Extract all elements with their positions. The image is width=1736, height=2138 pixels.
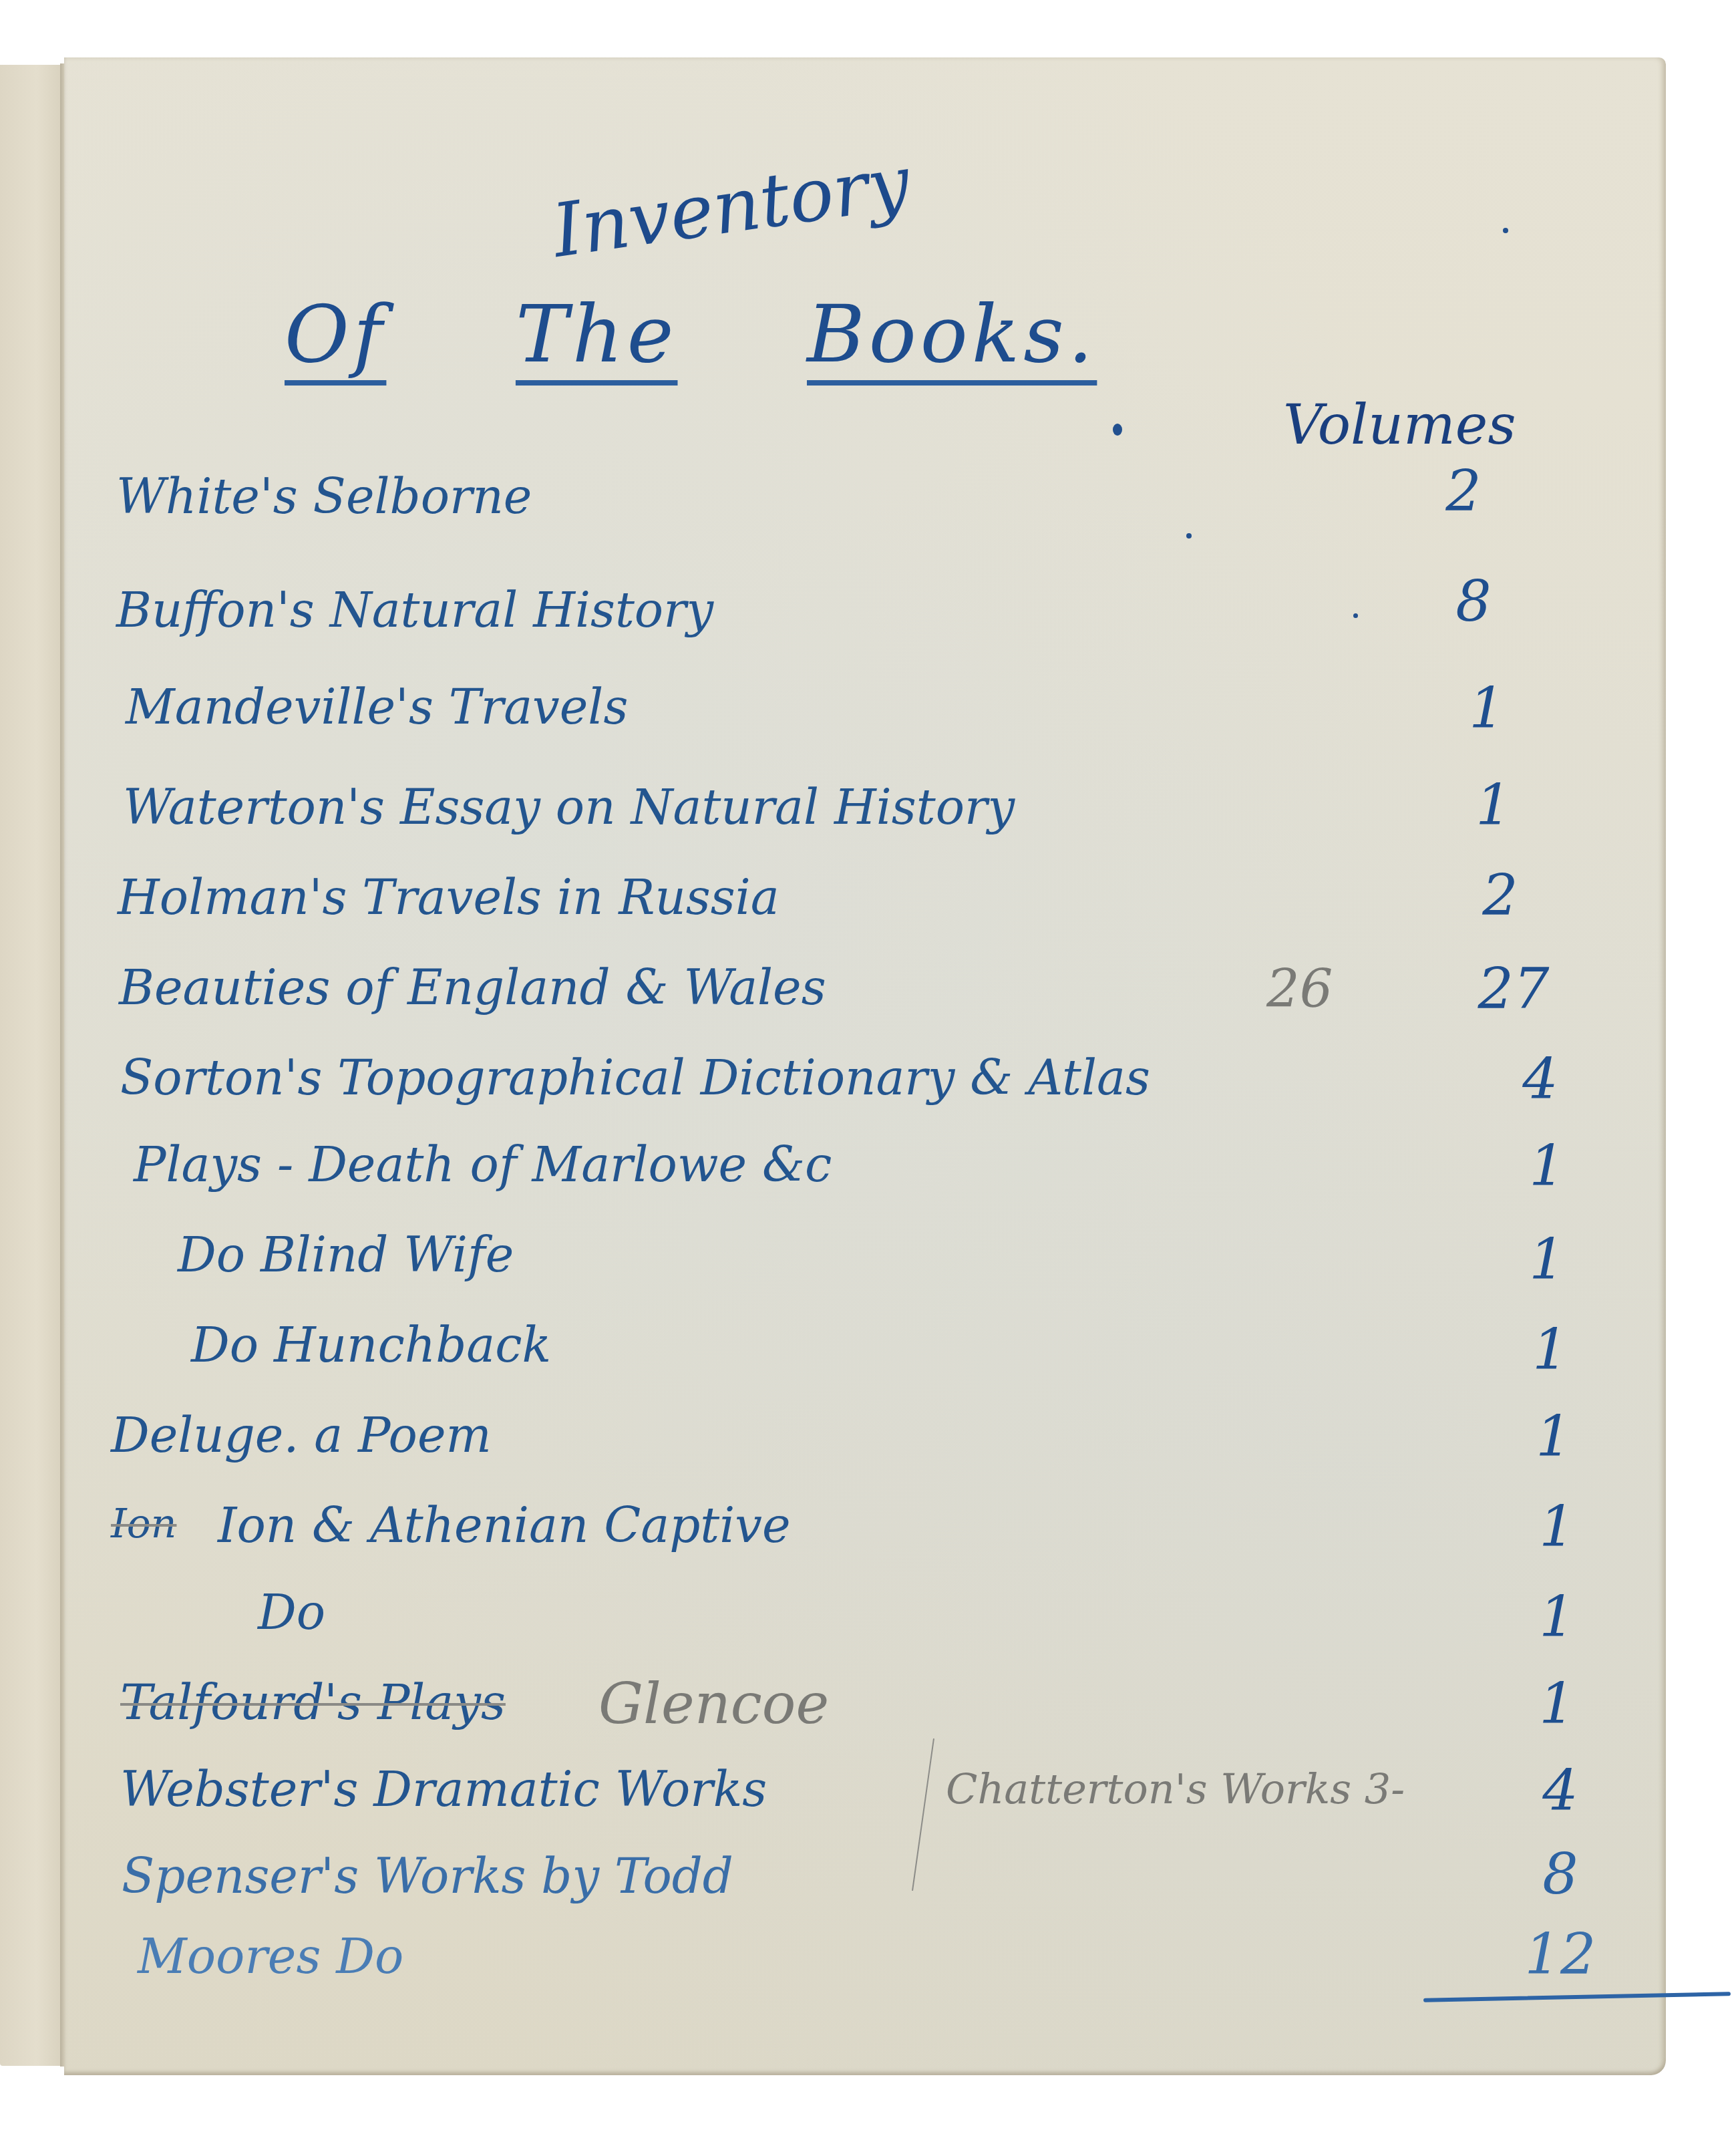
entry-title: Holman's Travels in Russia: [118, 869, 779, 925]
entry-title: Ion & Athenian Captive: [218, 1497, 791, 1553]
ink-speck: [1503, 228, 1508, 233]
entry-volumes: 4: [1487, 1046, 1594, 1112]
entry-title: Beauties of England & Wales: [119, 959, 826, 1016]
entry-volumes: 2: [1447, 863, 1554, 928]
entry-volumes: 1: [1440, 772, 1547, 838]
entry-title: Plays - Death of Marlowe &c: [134, 1136, 832, 1193]
title-inventory: Inventory: [548, 145, 914, 268]
entry-title: Mandeville's Travels: [126, 679, 628, 735]
inventory-row: Do Blind Wife 1: [64, 1220, 1666, 1320]
entry-title: Buffon's Natural History: [116, 582, 713, 638]
entry-volumes: 2: [1410, 458, 1517, 524]
pencil-note: Chatterton's Works 3-: [946, 1765, 1405, 1813]
inventory-row: Moores Do 12: [64, 1922, 1666, 2022]
inventory-row: Holman's Travels in Russia 2: [64, 859, 1666, 959]
inventory-row: Mandeville's Travels 1: [64, 669, 1666, 769]
title-of-the-books: Of The Books.: [285, 295, 1197, 373]
ink-speck: [1353, 613, 1358, 618]
entry-title: Sorton's Topographical Dictionary & Atla…: [120, 1050, 1150, 1106]
entry-title: White's Selborne: [116, 468, 532, 524]
entry-title: Moores Do: [138, 1928, 403, 1984]
left-page-edge: [0, 65, 61, 2066]
entry-title: Webster's Dramatic Works: [120, 1761, 767, 1817]
inventory-row: Deluge. a Poem 1: [64, 1400, 1666, 1501]
entry-volumes: 1: [1504, 1584, 1610, 1650]
inventory-row: White's Selborne 2: [64, 455, 1666, 555]
entry-volumes: 12: [1507, 1922, 1614, 1987]
inventory-row: Sorton's Topographical Dictionary & Atla…: [64, 1040, 1666, 1140]
pencil-note: 26: [1266, 959, 1333, 1020]
entry-volumes: 1: [1500, 1404, 1607, 1469]
entry-title: Talfourd's Plays: [120, 1674, 506, 1730]
manuscript-page: Inventory Of The Books. Volumes White's …: [64, 57, 1666, 2075]
entry-volumes: 1: [1433, 675, 1540, 741]
entry-volumes: 8: [1507, 1841, 1614, 1907]
entry-title: Do Hunchback: [191, 1317, 551, 1373]
entry-volumes: 1: [1494, 1133, 1600, 1199]
volumes-column-header: Volumes: [1283, 398, 1516, 453]
pencil-note: Glencoe: [598, 1671, 829, 1736]
inventory-row: Talfourd's Plays Glencoe 1: [64, 1661, 1666, 1761]
entry-volumes: 1: [1494, 1227, 1600, 1292]
inventory-row: Buffon's Natural History 8: [64, 575, 1666, 675]
entry-volumes: 1: [1504, 1671, 1610, 1736]
title-word-the: The: [516, 295, 678, 373]
inventory-row: Beauties of England & Wales 26 27: [64, 949, 1666, 1050]
struck-prefix: Ion: [111, 1501, 176, 1547]
entry-title: Waterton's Essay on Natural History: [123, 779, 1015, 835]
title-word-books: Books.: [807, 295, 1097, 373]
entry-title: Do Blind Wife: [178, 1227, 514, 1283]
entry-volumes: 27: [1460, 956, 1567, 1022]
entry-volumes: 8: [1420, 569, 1527, 634]
inventory-row: Plays - Death of Marlowe &c 1: [64, 1126, 1666, 1227]
inventory-row: Do 1: [64, 1574, 1666, 1674]
entry-volumes: 1: [1497, 1317, 1604, 1382]
entry-title: Deluge. a Poem: [111, 1407, 492, 1463]
inventory-row: Do Hunchback 1: [64, 1310, 1666, 1410]
title-word-of: Of: [285, 295, 386, 373]
entry-volumes: 1: [1504, 1494, 1610, 1559]
ink-speck: [1113, 424, 1122, 436]
entry-volumes: 4: [1507, 1758, 1614, 1823]
entry-title: Do: [258, 1584, 325, 1640]
inventory-row: Webster's Dramatic Works Chatterton's Wo…: [64, 1751, 1666, 1851]
inventory-row: Waterton's Essay on Natural History 1: [64, 766, 1666, 866]
ink-speck: [1186, 533, 1192, 539]
entry-title: Spenser's Works by Todd: [122, 1848, 733, 1904]
